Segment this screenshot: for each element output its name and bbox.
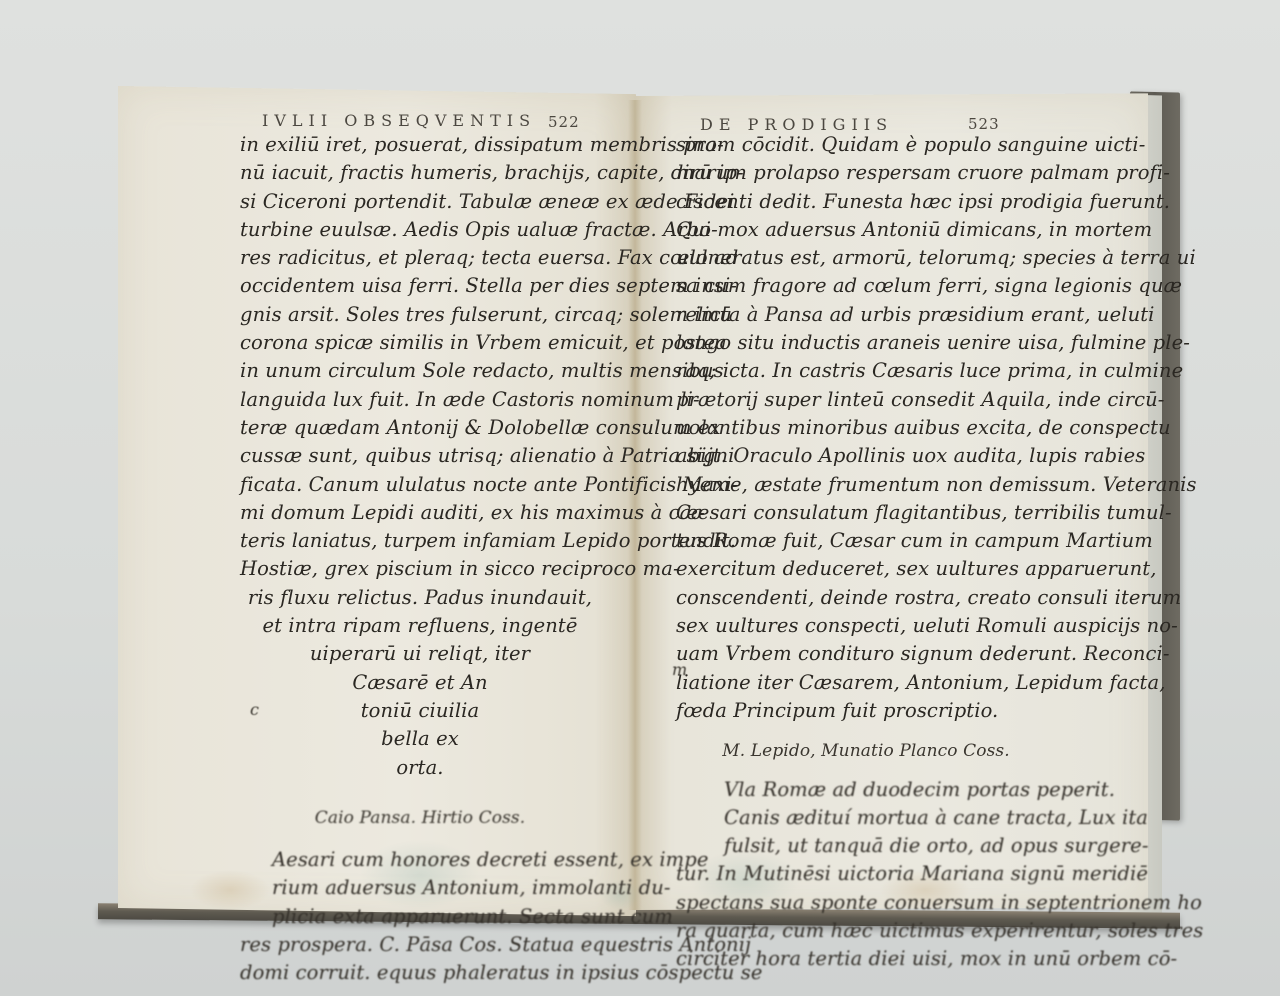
margin-note: c bbox=[250, 700, 259, 719]
text-line: marum prolapso respersam cruore palmam p… bbox=[676, 159, 1056, 187]
text-line: sex uultures conspecti, ueluti Romuli au… bbox=[676, 612, 1056, 640]
text-line: gnis arsit. Soles tres fulserunt, circaq… bbox=[240, 301, 600, 329]
text-line: in exiliū iret, posuerat, dissipatum mem… bbox=[240, 131, 600, 159]
tapered-line: uiperarū ui reliqt, iter bbox=[240, 640, 600, 668]
text-line: occidentem uisa ferri. Stella per dies s… bbox=[240, 272, 600, 300]
text-line: res prospera. C. Pāsa Cos. Statua equest… bbox=[240, 931, 600, 959]
text-line: sinam cōcidit. Quidam è populo sanguine … bbox=[676, 131, 1056, 159]
text-line: fulsit, ut tanquā die orto, ad opus surg… bbox=[676, 832, 1056, 860]
text-line: liatione iter Cæsarem, Antonium, Lepidum… bbox=[676, 669, 1056, 697]
text-line: Cæsari consulatum flagitantibus, terribi… bbox=[676, 499, 1056, 527]
text-line: longo situ inductis araneis uenire uisa,… bbox=[676, 329, 1056, 357]
margin-note: m bbox=[672, 660, 687, 679]
section-heading: Caio Pansa. Hirtio Coss. bbox=[240, 804, 600, 832]
text-line: tus Romæ fuit, Cæsar cum in campum Marti… bbox=[676, 527, 1056, 555]
text-line: prætorij super linteū consedit Aquila, i… bbox=[676, 386, 1056, 414]
tapered-line: bella ex bbox=[240, 725, 600, 753]
text-line: exercitum deduceret, sex uultures apparu… bbox=[676, 555, 1056, 583]
text-line: teris laniatus, turpem infamiam Lepido p… bbox=[240, 527, 600, 555]
text-line: nū iacuit, fractis humeris, brachijs, ca… bbox=[240, 159, 600, 187]
right-page-text: sinam cōcidit. Quidam è populo sanguine … bbox=[676, 131, 1056, 974]
left-page-text: in exiliū iret, posuerat, dissipatum mem… bbox=[240, 131, 600, 988]
text-line: hyeme, æstate frumentum non demissum. Ve… bbox=[676, 471, 1056, 499]
text-line: teræ quædam Antonij & Dolobellæ consulum… bbox=[240, 414, 600, 442]
text-line: uulneratus est, armorū, telorumq; specie… bbox=[676, 244, 1056, 272]
text-line: sa cum fragore ad cœlum ferri, signa leg… bbox=[676, 272, 1056, 300]
text-line: res radicitus, et pleraq; tecta euersa. … bbox=[240, 244, 600, 272]
text-line: rium aduersus Antonium, immolanti du- bbox=[240, 874, 600, 902]
text-line: domi corruit. equus phaleratus in ipsius… bbox=[240, 959, 600, 987]
text-line: uam Vrbem condituro signum dederunt. Rec… bbox=[676, 640, 1056, 668]
tapered-line: Hostiæ, grex piscium in sicco reciproco … bbox=[240, 555, 600, 583]
text-line: languida lux fuit. In æde Castoris nomin… bbox=[240, 386, 600, 414]
text-line: circiter hora tertia diei uisi, mox in u… bbox=[676, 945, 1056, 973]
photo-scene: I IVLII OBSEQVENTIS 522 DE PRODIGIIS 523… bbox=[0, 0, 1280, 996]
text-line: mi domum Lepidi auditi, ex his maximus à… bbox=[240, 499, 600, 527]
text-line: relicta à Pansa ad urbis præsidium erant… bbox=[676, 301, 1056, 329]
text-line: Qui mox aduersus Antoniū dimicans, in mo… bbox=[676, 216, 1056, 244]
text-line: in unum circulum Sole redacto, multis me… bbox=[240, 357, 600, 385]
text-line: ficata. Canum ululatus nocte ante Pontif… bbox=[240, 471, 600, 499]
text-line: tur. In Mutinēsi uictoria Mariana signū … bbox=[676, 860, 1056, 888]
text-line: si Ciceroni portendit. Tabulæ æneæ ex æd… bbox=[240, 188, 600, 216]
text-line: uolantibus minoribus auibus excita, de c… bbox=[676, 414, 1056, 442]
tapered-line: toniū ciuilia bbox=[240, 697, 600, 725]
left-page-number: 522 bbox=[548, 113, 580, 131]
text-line: turbine euulsæ. Aedis Opis ualuæ fractæ.… bbox=[240, 216, 600, 244]
tapered-line: orta. bbox=[240, 754, 600, 782]
text-line: corona spicæ similis in Vrbem emicuit, e… bbox=[240, 329, 600, 357]
text-line: fœda Principum fuit proscriptio. bbox=[676, 697, 1056, 725]
text-line: ciscenti dedit. Funesta hæc ipsi prodigi… bbox=[676, 188, 1056, 216]
text-line: abijt. Oraculo Apollinis uox audita, lup… bbox=[676, 442, 1056, 470]
tapered-line: Cæsarē et An bbox=[240, 669, 600, 697]
text-line: Canis ædituí mortua à cane tracta, Lux i… bbox=[676, 804, 1056, 832]
text-line: conscendenti, deinde rostra, creato cons… bbox=[676, 584, 1056, 612]
text-line: Aesari cum honores decreti essent, ex im… bbox=[240, 846, 600, 874]
text-line: plicia exta apparuerunt. Secta sunt cum bbox=[240, 903, 600, 931]
text-line: Vla Romæ ad duodecim portas peperit. bbox=[676, 776, 1056, 804]
section-heading: M. Lepido, Munatio Planco Coss. bbox=[676, 737, 1056, 765]
text-line: cussæ sunt, quibus utrisq; alienatio à P… bbox=[240, 442, 600, 470]
text-line: spectans sua sponte conuersum in septent… bbox=[676, 889, 1056, 917]
text-line: ra quarta, cum hæc uictimus experirentur… bbox=[676, 917, 1056, 945]
tapered-line: ris fluxu relictus. Padus inundauit, bbox=[240, 584, 600, 612]
text-line: raq; icta. In castris Cæsaris luce prima… bbox=[676, 357, 1056, 385]
tapered-line: et intra ripam refluens, ingentē bbox=[240, 612, 600, 640]
left-running-head: IVLII OBSEQVENTIS bbox=[262, 111, 536, 130]
